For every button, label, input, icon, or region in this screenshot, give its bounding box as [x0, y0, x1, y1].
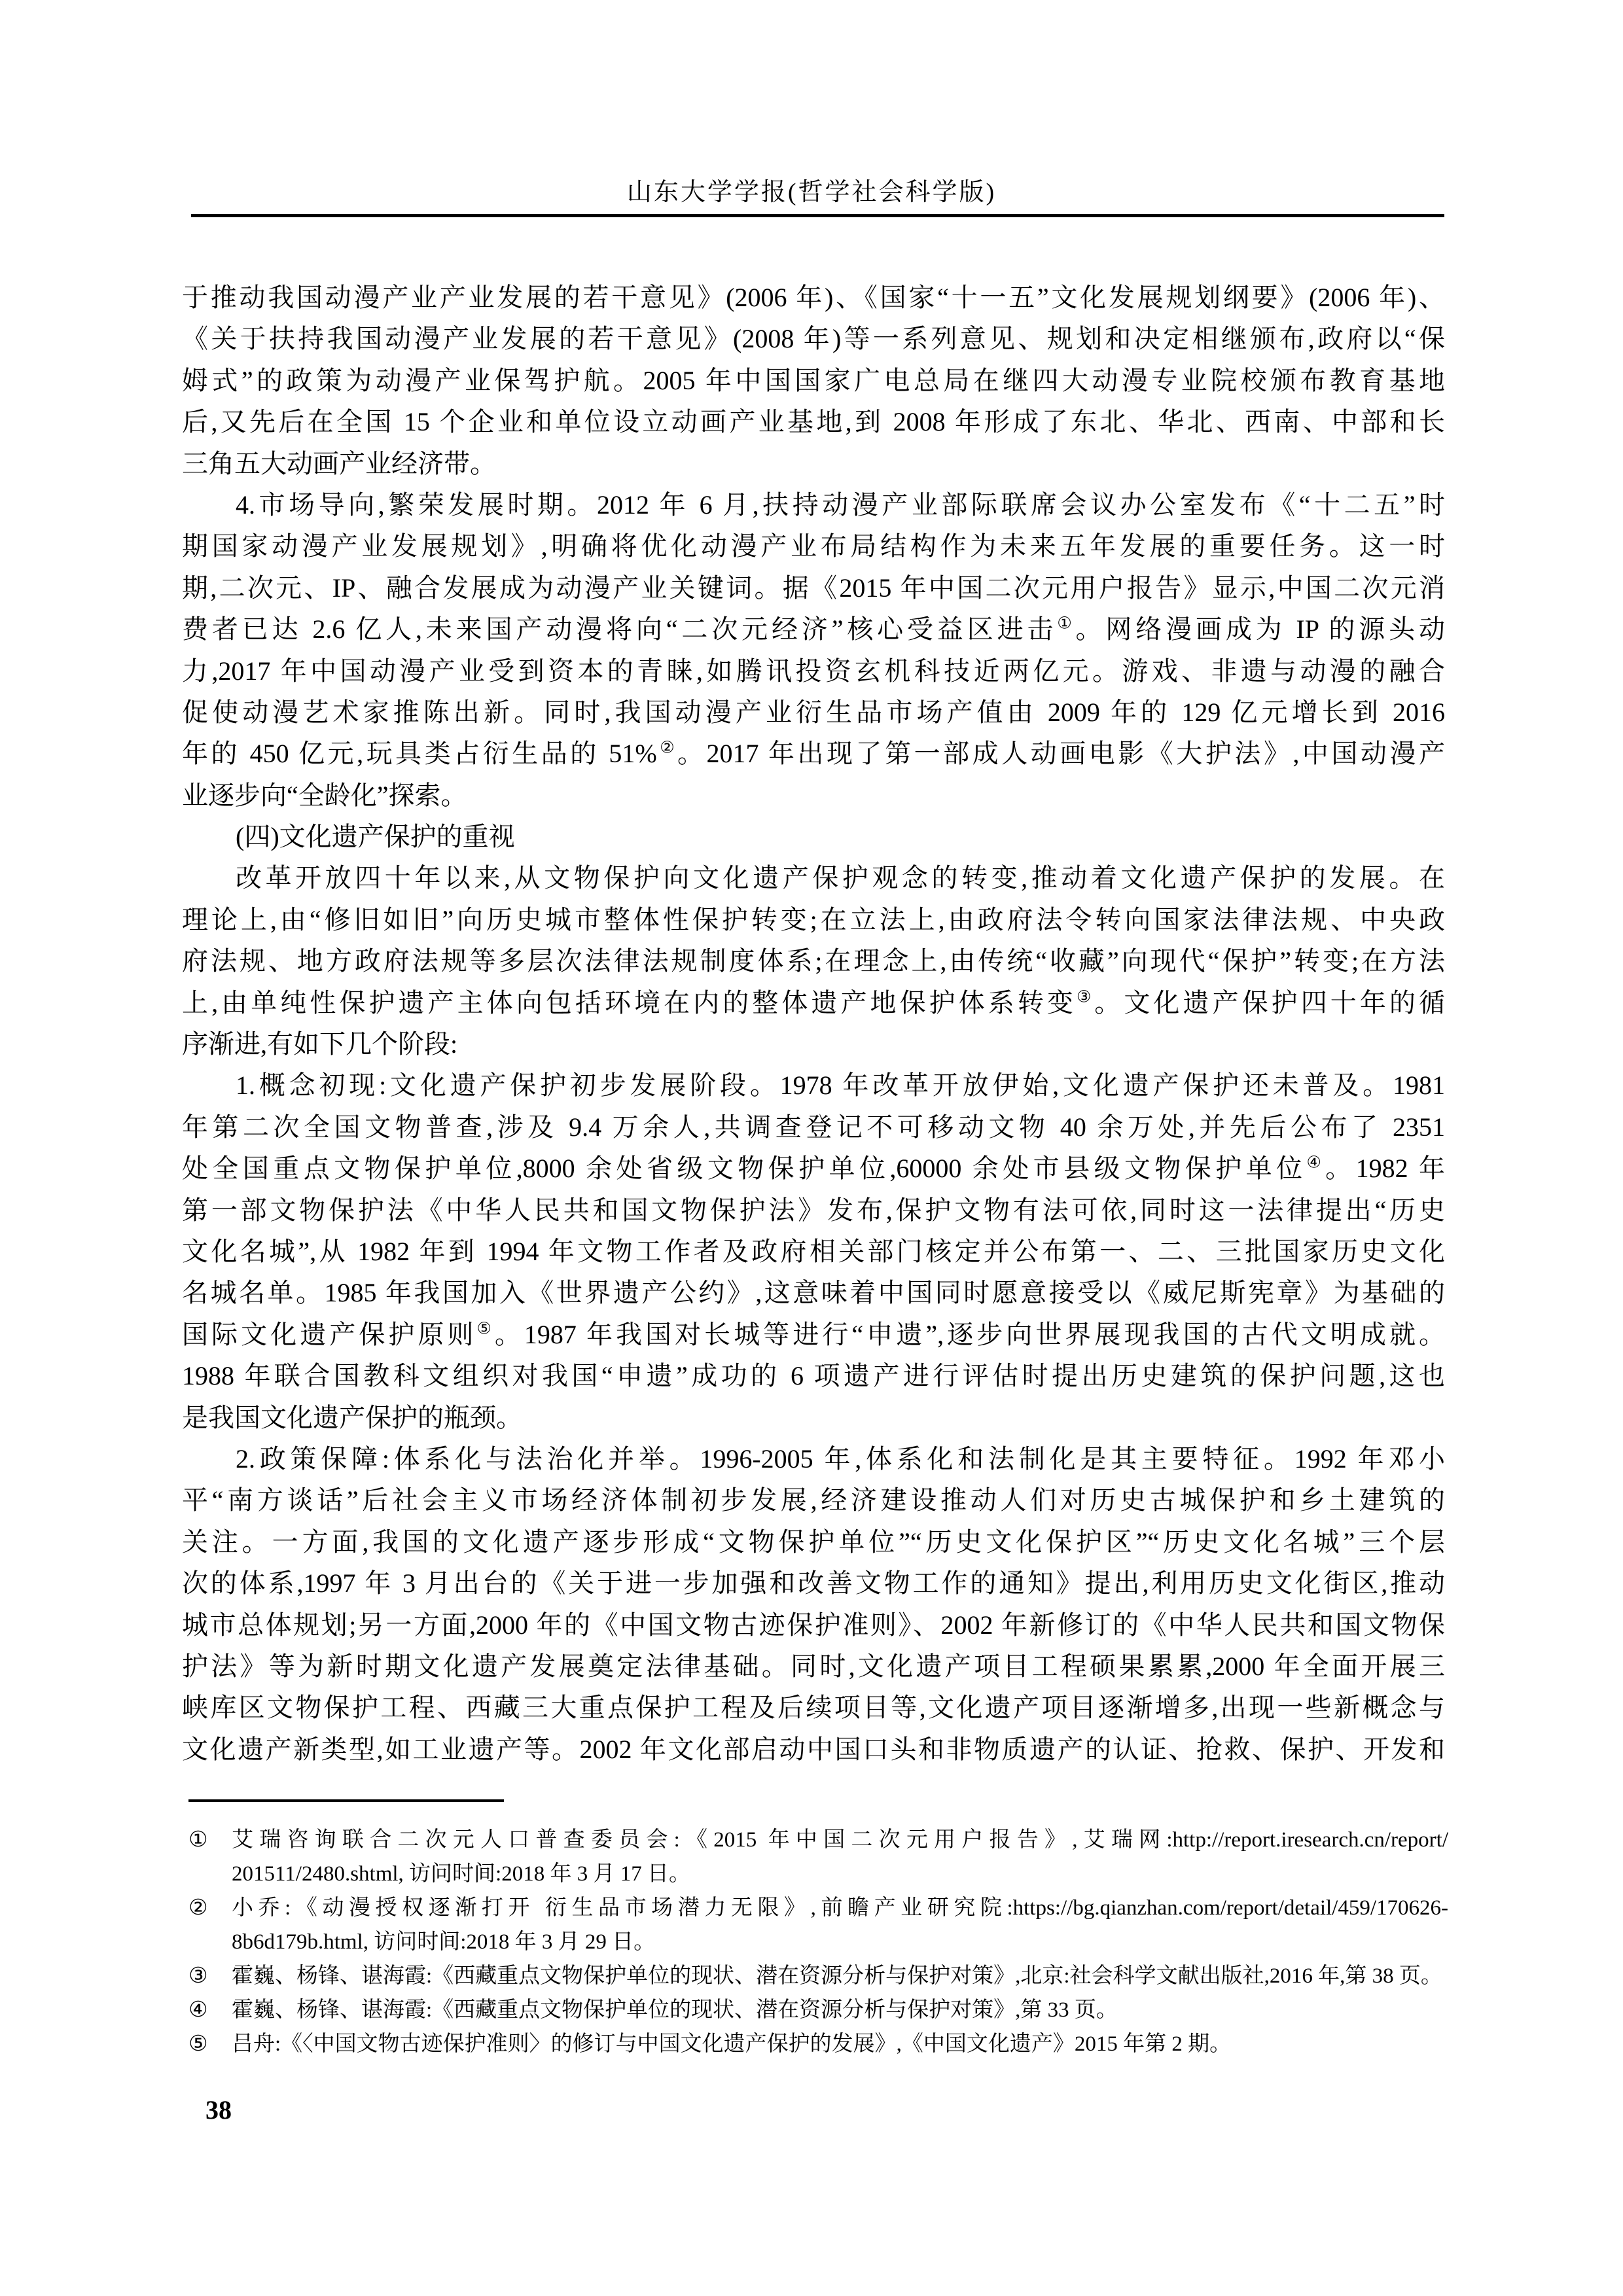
journal-title: 山东大学学报(哲学社会科学版) [0, 171, 1623, 207]
footnote-marker: ④ [188, 1993, 228, 2027]
body-line: 处全国重点文物保护单位,8000 余处省级文物保护单位,60000 余处市县级文… [182, 1148, 1445, 1189]
body-line: 改革开放四十年以来,从文物保护向文化遗产保护观念的转变,推动着文化遗产保护的发展… [182, 857, 1445, 898]
body-line: 是我国文化遗产保护的瓶颈。 [182, 1397, 1445, 1438]
footnotes: ①艾瑞咨询联合二次元人口普查委员会:《2015 年中国二次元用户报告》,艾瑞网:… [188, 1823, 1448, 2061]
body-line: (四)文化遗产保护的重视 [182, 816, 1445, 857]
body-line: 4.市场导向,繁荣发展时期。2012 年 6 月,扶持动漫产业部际联席会议办公室… [182, 484, 1445, 525]
body-line: 1.概念初现:文化遗产保护初步发展阶段。1978 年改革开放伊始,文化遗产保护还… [182, 1065, 1445, 1106]
page-number: 38 [205, 2094, 232, 2125]
header-rule [191, 214, 1444, 217]
footnote-marker: ⑤ [188, 2027, 228, 2061]
body-line: 序渐进,有如下几个阶段: [182, 1023, 1445, 1065]
footnote-item: ④霍巍、杨锋、谌海霞:《西藏重点文物保护单位的现状、潜在资源分析与保护对策》,第… [188, 1993, 1448, 2027]
body-line: 国际文化遗产保护原则⑤。1987 年我国对长城等进行“申遗”,逐步向世界展现我国… [182, 1314, 1445, 1355]
footnote-marker: ③ [188, 1959, 228, 1993]
body-line: 力,2017 年中国动漫产业受到资本的青睐,如腾讯投资玄机科技近两亿元。游戏、非… [182, 650, 1445, 692]
footnote-marker: ① [188, 1823, 228, 1857]
body-line: 2.政策保障:体系化与法治化并举。1996-2005 年,体系化和法制化是其主要… [182, 1438, 1445, 1479]
body-line: 名城名单。1985 年我国加入《世界遗产公约》,这意味着中国同时愿意接受以《威尼… [182, 1272, 1445, 1313]
body-line: 期,二次元、IP、融合发展成为动漫产业关键词。据《2015 年中国二次元用户报告… [182, 567, 1445, 609]
footnote-item: ①艾瑞咨询联合二次元人口普查委员会:《2015 年中国二次元用户报告》,艾瑞网:… [188, 1823, 1448, 1891]
footnote-separator [188, 1799, 504, 1802]
body-line: 于推动我国动漫产业产业发展的若干意见》(2006 年)、《国家“十一五”文化发展… [182, 277, 1445, 318]
body-line: 费者已达 2.6 亿人,未来国产动漫将向“二次元经济”核心受益区进击①。网络漫画… [182, 609, 1445, 650]
footnote-line: 8b6d179b.html, 访问时间:2018 年 3 月 29 日。 [232, 1925, 1448, 1959]
body-line: 府法规、地方政府法规等多层次法律法规制度体系;在理念上,由传统“收藏”向现代“保… [182, 940, 1445, 981]
body-line: 年的 450 亿元,玩具类占衍生品的 51%②。2017 年出现了第一部成人动画… [182, 733, 1445, 774]
footnote-marker: ② [188, 1891, 228, 1925]
footnote-item: ⑤吕舟:《〈中国文物古迹保护准则〉的修订与中国文化遗产保护的发展》,《中国文化遗… [188, 2027, 1448, 2061]
body-line: 三角五大动画产业经济带。 [182, 443, 1445, 484]
body-line: 后,又先后在全国 15 个企业和单位设立动画产业基地,到 2008 年形成了东北… [182, 401, 1445, 442]
footnote-line: 201511/2480.shtml, 访问时间:2018 年 3 月 17 日。 [232, 1857, 1448, 1891]
journal-page: 山东大学学报(哲学社会科学版) 于推动我国动漫产业产业发展的若干意见》(2006… [0, 0, 1623, 2296]
footnote-line: 小乔:《动漫授权逐渐打开 衍生品市场潜力无限》,前瞻产业研究院:https://… [232, 1891, 1448, 1925]
body-line: 1988 年联合国教科文组织对我国“申遗”成功的 6 项遗产进行评估时提出历史建… [182, 1355, 1445, 1396]
footnote-line: 艾瑞咨询联合二次元人口普查委员会:《2015 年中国二次元用户报告》,艾瑞网:h… [232, 1823, 1448, 1857]
footnote-line: 吕舟:《〈中国文物古迹保护准则〉的修订与中国文化遗产保护的发展》,《中国文化遗产… [232, 2027, 1448, 2061]
body-line: 峡库区文物保护工程、西藏三大重点保护工程及后续项目等,文化遗产项目逐渐增多,出现… [182, 1687, 1445, 1728]
body-line: 期国家动漫产业发展规划》,明确将优化动漫产业布局结构作为未来五年发展的重要任务。… [182, 525, 1445, 567]
body-line: 《关于扶持我国动漫产业发展的若干意见》(2008 年)等一系列意见、规划和决定相… [182, 318, 1445, 359]
footnote-item: ②小乔:《动漫授权逐渐打开 衍生品市场潜力无限》,前瞻产业研究院:https:/… [188, 1891, 1448, 1959]
body-line: 平“南方谈话”后社会主义市场经济体制初步发展,经济建设推动人们对历史古城保护和乡… [182, 1479, 1445, 1521]
body-line: 文化名城”,从 1982 年到 1994 年文物工作者及政府相关部门核定并公布第… [182, 1231, 1445, 1272]
article-body: 于推动我国动漫产业产业发展的若干意见》(2006 年)、《国家“十一五”文化发展… [182, 277, 1445, 1770]
body-line: 城市总体规划;另一方面,2000 年的《中国文物古迹保护准则》、2002 年新修… [182, 1604, 1445, 1646]
body-line: 文化遗产新类型,如工业遗产等。2002 年文化部启动中国口头和非物质遗产的认证、… [182, 1729, 1445, 1770]
body-line: 理论上,由“修旧如旧”向历史城市整体性保护转变;在立法上,由政府法令转向国家法律… [182, 899, 1445, 940]
body-line: 姆式”的政策为动漫产业保驾护航。2005 年中国国家广电总局在继四大动漫专业院校… [182, 360, 1445, 401]
body-line: 业逐步向“全龄化”探索。 [182, 775, 1445, 816]
body-line: 上,由单纯性保护遗产主体向包括环境在内的整体遗产地保护体系转变③。文化遗产保护四… [182, 982, 1445, 1023]
body-line: 次的体系,1997 年 3 月出台的《关于进一步加强和改善文物工作的通知》提出,… [182, 1563, 1445, 1604]
footnote-item: ③霍巍、杨锋、谌海霞:《西藏重点文物保护单位的现状、潜在资源分析与保护对策》,北… [188, 1959, 1448, 1993]
footnote-line: 霍巍、杨锋、谌海霞:《西藏重点文物保护单位的现状、潜在资源分析与保护对策》,第 … [232, 1993, 1448, 2027]
body-line: 年第二次全国文物普查,涉及 9.4 万余人,共调查登记不可移动文物 40 余万处… [182, 1106, 1445, 1148]
body-line: 第一部文物保护法《中华人民共和国文物保护法》发布,保护文物有法可依,同时这一法律… [182, 1190, 1445, 1231]
body-line: 促使动漫艺术家推陈出新。同时,我国动漫产业衍生品市场产值由 2009 年的 12… [182, 692, 1445, 733]
body-line: 关注。一方面,我国的文化遗产逐步形成“文物保护单位”“历史文化保护区”“历史文化… [182, 1521, 1445, 1563]
footnote-line: 霍巍、杨锋、谌海霞:《西藏重点文物保护单位的现状、潜在资源分析与保护对策》,北京… [232, 1959, 1448, 1993]
body-line: 护法》等为新时期文化遗产发展奠定法律基础。同时,文化遗产项目工程硕果累累,200… [182, 1646, 1445, 1687]
